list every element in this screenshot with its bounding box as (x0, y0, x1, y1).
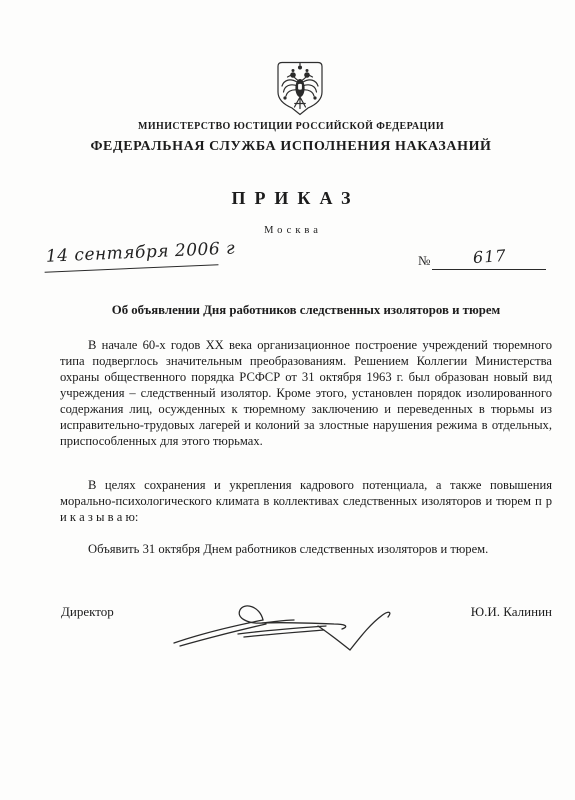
body-paragraph-2: В целях сохранения и укрепления кадровог… (60, 477, 552, 525)
signer-role-label: Директор (61, 604, 114, 620)
handwritten-signature-icon (168, 586, 408, 656)
city-line: Москва (30, 225, 552, 236)
ministry-name: МИНИСТЕРСТВО ЮСТИЦИИ РОССИЙСКОЙ ФЕДЕРАЦИ… (30, 121, 552, 132)
signer-name: Ю.И. Калинин (458, 604, 552, 620)
order-number-row: №617 (418, 247, 554, 270)
order-document-page: МИНИСТЕРСТВО ЮСТИЦИИ РОССИЙСКОЙ ФЕДЕРАЦИ… (0, 0, 575, 800)
number-sign-label: № (418, 253, 430, 268)
agency-name: ФЕДЕРАЛЬНАЯ СЛУЖБА ИСПОЛНЕНИЯ НАКАЗАНИЙ (30, 139, 552, 155)
number-underline: 617 (432, 247, 546, 270)
handwritten-date: 14 сентября 2006 г (44, 239, 219, 273)
document-title: Об объявлении Дня работников следственны… (60, 303, 552, 318)
doc-type-heading: ПРИКАЗ (30, 188, 552, 209)
body-paragraph-order: Объявить 31 октября Днем работников след… (60, 541, 552, 557)
body-paragraph-1: В начале 60-х годов XX века организацион… (60, 337, 552, 449)
handwritten-order-number: 617 (472, 246, 507, 267)
russian-coat-of-arms-icon (276, 61, 324, 117)
